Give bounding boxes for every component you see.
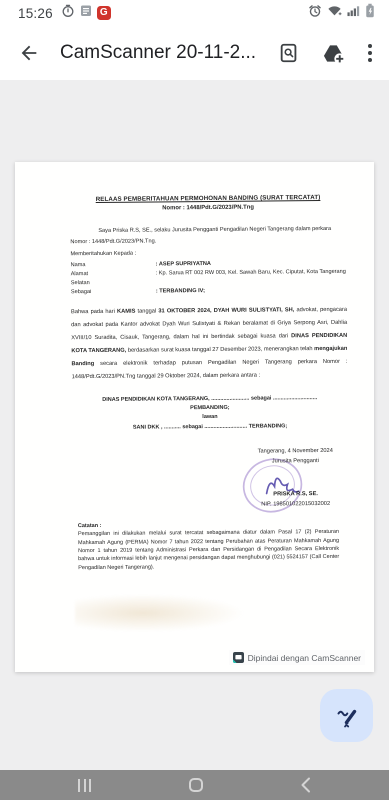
- document-title: CamScanner 20-11-2...: [60, 42, 278, 64]
- app-bar: CamScanner 20-11-2...: [0, 26, 389, 80]
- home-icon[interactable]: [189, 770, 203, 800]
- scanned-page[interactable]: RELAAS PEMBERITAHUAN PERMOHONAN BANDING …: [15, 162, 374, 672]
- wifi-icon: [327, 4, 342, 22]
- notes-icon: [80, 4, 92, 22]
- body-paragraph: Bahwa pada hari KAMIS tanggal 31 OKTOBER…: [71, 303, 348, 383]
- camscanner-logo-icon: [233, 652, 244, 663]
- signature-block: Tangerang, 4 November 2024 Jurusita Peng…: [224, 447, 367, 510]
- intro-paragraph: Saya Priska R.S, SE., selaku Jurusita Pe…: [70, 225, 346, 244]
- back-arrow-icon[interactable]: [18, 42, 40, 64]
- signal-icon: [347, 4, 360, 22]
- faded-stamp-smudge: [75, 594, 245, 632]
- find-in-document-icon[interactable]: [278, 42, 300, 64]
- signer-nip: NIP. 198501022015032002: [225, 499, 367, 510]
- camscanner-red-badge-icon: G: [97, 6, 111, 20]
- android-nav-bar: [0, 770, 389, 800]
- case-number: Nomor : 1448/Pdt.G/2023/PN.Tng: [70, 203, 346, 211]
- back-icon[interactable]: [300, 770, 311, 800]
- clock: 15:26: [18, 6, 53, 21]
- sign-pen-icon: [334, 703, 360, 729]
- recents-icon[interactable]: [78, 770, 91, 800]
- recipient-details: Nama: ASEP SUPRIYATNA Alamat: Kp. Sarua …: [71, 258, 347, 296]
- catatan-section: Catatan : Pemanggilan ini dilakukan mela…: [73, 521, 349, 572]
- relaas-title: RELAAS PEMBERITAHUAN PERMOHONAN BANDING …: [70, 194, 346, 203]
- document-viewer: RELAAS PEMBERITAHUAN PERMOHONAN BANDING …: [0, 80, 389, 770]
- drive-add-icon[interactable]: [321, 42, 346, 65]
- battery-charging-icon: [365, 3, 375, 23]
- timer-icon: [61, 4, 75, 23]
- phone-screen: 15:26 G: [0, 0, 389, 800]
- sign-document-fab[interactable]: [320, 689, 373, 742]
- parties-block: DINAS PENDIDIKAN KOTA TANGERANG, .......…: [72, 393, 348, 433]
- status-bar: 15:26 G: [0, 0, 389, 26]
- alarm-icon: [308, 4, 322, 23]
- system-status-icons: [308, 3, 375, 23]
- notify-heading: Memberitahukan Kepada :: [70, 248, 346, 256]
- notification-icons: G: [61, 4, 111, 23]
- overflow-menu-icon[interactable]: [367, 43, 373, 63]
- camscanner-watermark: Dipindai dengan CamScanner: [229, 650, 365, 665]
